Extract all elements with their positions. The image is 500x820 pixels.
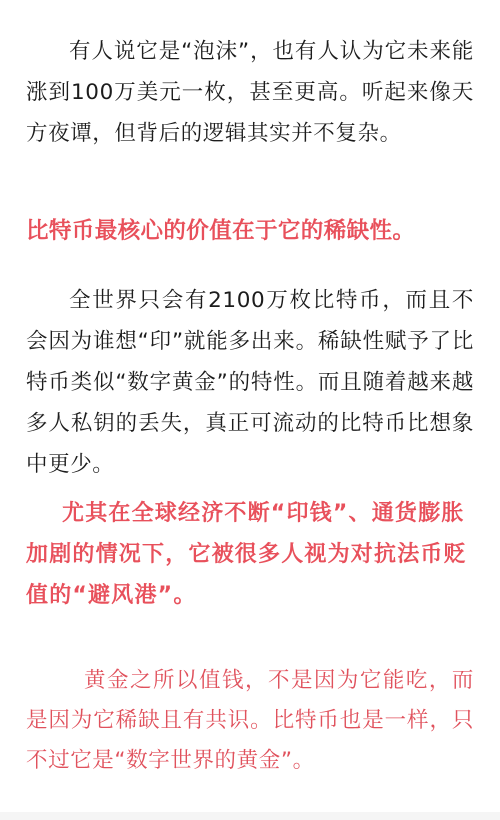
paragraph-gold-comparison: 黄金之所以值钱，不是因为它能吃，而是因为它稀缺且有共识。比特币也是一样，只不过它… [26,661,474,781]
section-heading-scarcity: 比特币最核心的价值在于它的稀缺性。 [26,216,486,246]
paragraph-supply: 全世界只会有2100万枚比特币，而且不会因为谁想“印”就能多出来。稀缺性赋予了比… [26,280,474,485]
highlight-quote-safe-haven: 尤其在全球经济不断“印钱”、通货膨胀加剧的情况下，它被很多人视为对抗法币贬值的“… [26,493,474,616]
paragraph-intro: 有人说它是“泡沫”，也有人认为它未来能涨到100万美元一枚，甚至更高。听起来像天… [26,31,474,154]
article-body: 有人说它是“泡沫”，也有人认为它未来能涨到100万美元一枚，甚至更高。听起来像天… [0,0,500,812]
bottom-divider [0,812,500,820]
